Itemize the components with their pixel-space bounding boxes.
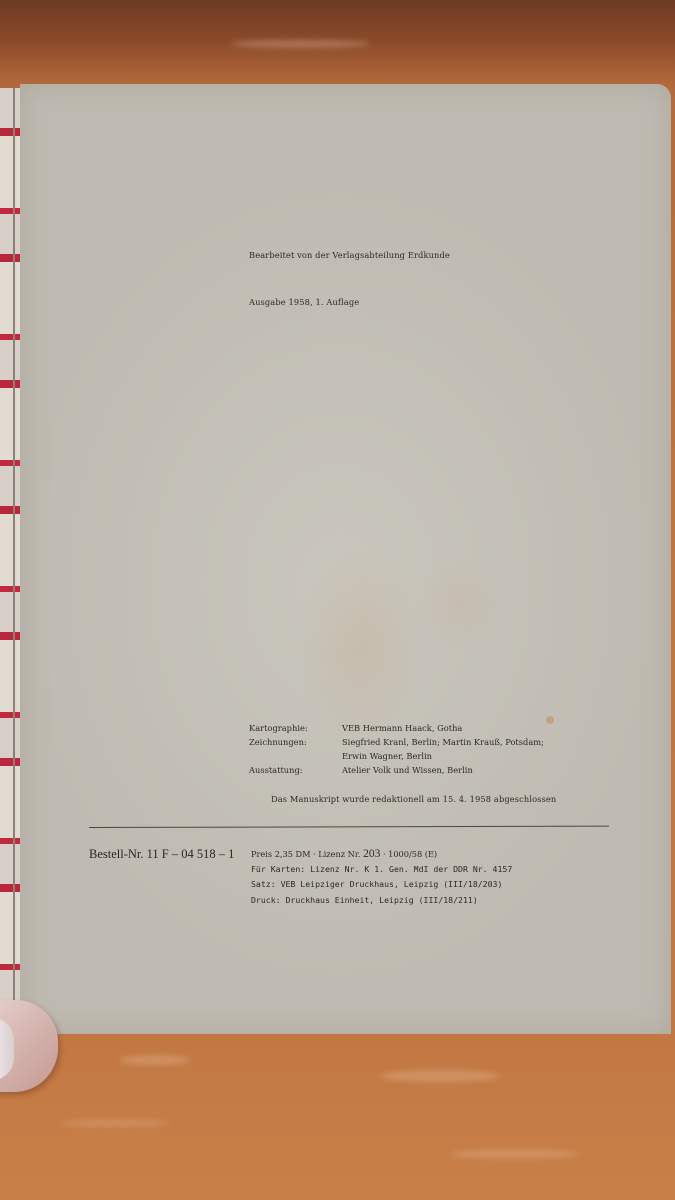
- book-cover-edge: [0, 88, 22, 1038]
- typesetting-line: Satz: VEB Leipziger Druckhaus, Leipzig (…: [251, 879, 512, 895]
- maps-license-line: Für Karten: Lizenz Nr. K 1. Gen. MdI der…: [251, 864, 512, 880]
- price-suffix: · 1000/58 (E): [383, 849, 437, 859]
- edition-text: Ausgabe 1958, 1. Auflage: [249, 297, 359, 307]
- wood-grain: [450, 1150, 580, 1158]
- credit-label: Zeichnungen:: [249, 737, 342, 747]
- credits-block: Kartographie: VEB Hermann Haack, Gotha Z…: [249, 721, 544, 777]
- license-number: 203: [363, 848, 380, 860]
- stain-spot: [546, 716, 554, 724]
- edited-by-text: Bearbeitet von der Verlagsabteilung Erdk…: [249, 250, 450, 260]
- credit-value: VEB Hermann Haack, Gotha: [342, 723, 462, 733]
- imprint-block: Preis 2,35 DM · Lizenz Nr. 203 · 1000/58…: [251, 848, 512, 910]
- printing-line: Druck: Druckhaus Einheit, Leipzig (III/1…: [251, 895, 512, 911]
- wood-grain: [60, 1120, 170, 1126]
- price-line: Preis 2,35 DM · Lizenz Nr. 203 · 1000/58…: [251, 848, 512, 864]
- credit-value: Erwin Wagner, Berlin: [342, 751, 432, 761]
- manuscript-note: Das Manuskript wurde redaktionell am 15.…: [271, 794, 556, 804]
- price-prefix: Preis 2,35 DM · Lizenz Nr.: [251, 849, 360, 859]
- fingernail: [0, 1018, 14, 1080]
- credit-row: Erwin Wagner, Berlin: [249, 749, 544, 763]
- wood-grain: [120, 1055, 190, 1065]
- credit-row: Ausstattung: Atelier Volk und Wissen, Be…: [249, 763, 544, 777]
- credit-row: Kartographie: VEB Hermann Haack, Gotha: [249, 721, 544, 735]
- wood-grain: [380, 1070, 500, 1082]
- credit-label: Ausstattung:: [249, 765, 342, 775]
- credit-value: Atelier Volk und Wissen, Berlin: [342, 765, 473, 775]
- credit-label: Kartographie:: [249, 723, 342, 733]
- credit-row: Zeichnungen: Siegfried Kranl, Berlin; Ma…: [249, 735, 544, 749]
- wood-grain: [230, 40, 370, 48]
- order-number: Bestell-Nr. 11 F – 04 518 – 1: [89, 847, 234, 862]
- credit-value: Siegfried Kranl, Berlin; Martin Krauß, P…: [342, 737, 544, 747]
